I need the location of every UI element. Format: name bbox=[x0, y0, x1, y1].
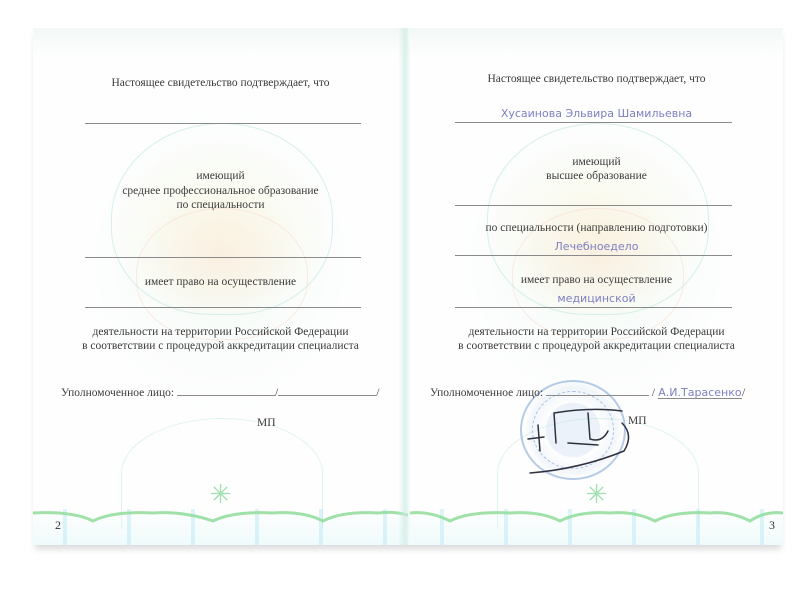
separator: / bbox=[652, 387, 655, 399]
left-page: ✳ Настоящее свидетельство подтверждает, … bbox=[33, 28, 408, 545]
authorized-name-field: А.И.Тарасенко bbox=[658, 386, 742, 399]
territory-line-1: деятельности на территории Российской Фе… bbox=[33, 325, 408, 339]
activity-line bbox=[85, 307, 361, 308]
right-label: имеет право на осуществление bbox=[410, 273, 783, 287]
authorized-person-row: Уполномоченное лицо: / А.И.Тарасенко/ bbox=[430, 383, 745, 399]
seal-label: МП bbox=[628, 415, 647, 427]
education-text: среднее профессиональное образование bbox=[33, 184, 408, 198]
activity-line bbox=[455, 307, 732, 308]
page-number: 3 bbox=[769, 518, 775, 533]
ornamental-border-wave bbox=[33, 509, 408, 525]
right-page: ✳ Настоящее свидетельство подтверждает, … bbox=[410, 28, 783, 545]
signature-blank bbox=[546, 383, 649, 396]
authorized-label: Уполномоченное лицо: bbox=[61, 387, 174, 399]
authorized-person-row: Уполномоченное лицо: // bbox=[61, 383, 379, 399]
right-label: имеет право на осуществление bbox=[33, 275, 408, 289]
specialty-line bbox=[455, 255, 732, 256]
authorized-label: Уполномоченное лицо: bbox=[430, 387, 543, 399]
activity-value: медицинской bbox=[410, 292, 783, 305]
territory-line-2: в соответствии с процедурой аккредитации… bbox=[410, 339, 783, 353]
territory-line-2: в соответствии с процедурой аккредитации… bbox=[33, 339, 408, 353]
specialty-line bbox=[85, 257, 361, 258]
authorized-name: А.И.Тарасенко bbox=[658, 386, 741, 399]
confirms-text: Настоящее свидетельство подтверждает, чт… bbox=[33, 76, 408, 90]
page-number: 2 bbox=[55, 518, 61, 533]
certificate-spread: ✳ Настоящее свидетельство подтверждает, … bbox=[33, 28, 783, 545]
specialty-label: по специальности (направлению подготовки… bbox=[410, 221, 783, 235]
specialty-value: Лечебноедело bbox=[410, 240, 783, 253]
holder-name: Хусаинова Эльвира Шамильевна bbox=[410, 107, 783, 120]
territory-line-1: деятельности на территории Российской Фе… bbox=[410, 325, 783, 339]
having-label: имеющий bbox=[410, 155, 783, 169]
watermark-star-icon: ✳ bbox=[206, 480, 236, 510]
specialty-label: по специальности bbox=[33, 198, 408, 212]
page-tint bbox=[33, 28, 408, 58]
watermark-star-icon: ✳ bbox=[582, 480, 612, 510]
having-label: имеющий bbox=[33, 169, 408, 183]
education-text: высшее образование bbox=[410, 169, 783, 183]
ornamental-border-wave bbox=[410, 509, 783, 525]
signature-blank bbox=[177, 383, 275, 396]
holder-name-line bbox=[85, 123, 361, 124]
page-tint bbox=[410, 28, 783, 58]
seal-label: МП bbox=[257, 417, 276, 429]
confirms-text: Настоящее свидетельство подтверждает, чт… bbox=[410, 72, 783, 86]
separator-end: / bbox=[376, 387, 379, 399]
authorized-name-blank bbox=[278, 383, 376, 396]
education-line bbox=[455, 205, 732, 206]
holder-name-line bbox=[455, 122, 732, 123]
watermark-emblem bbox=[136, 208, 308, 340]
separator-end: / bbox=[742, 387, 745, 399]
